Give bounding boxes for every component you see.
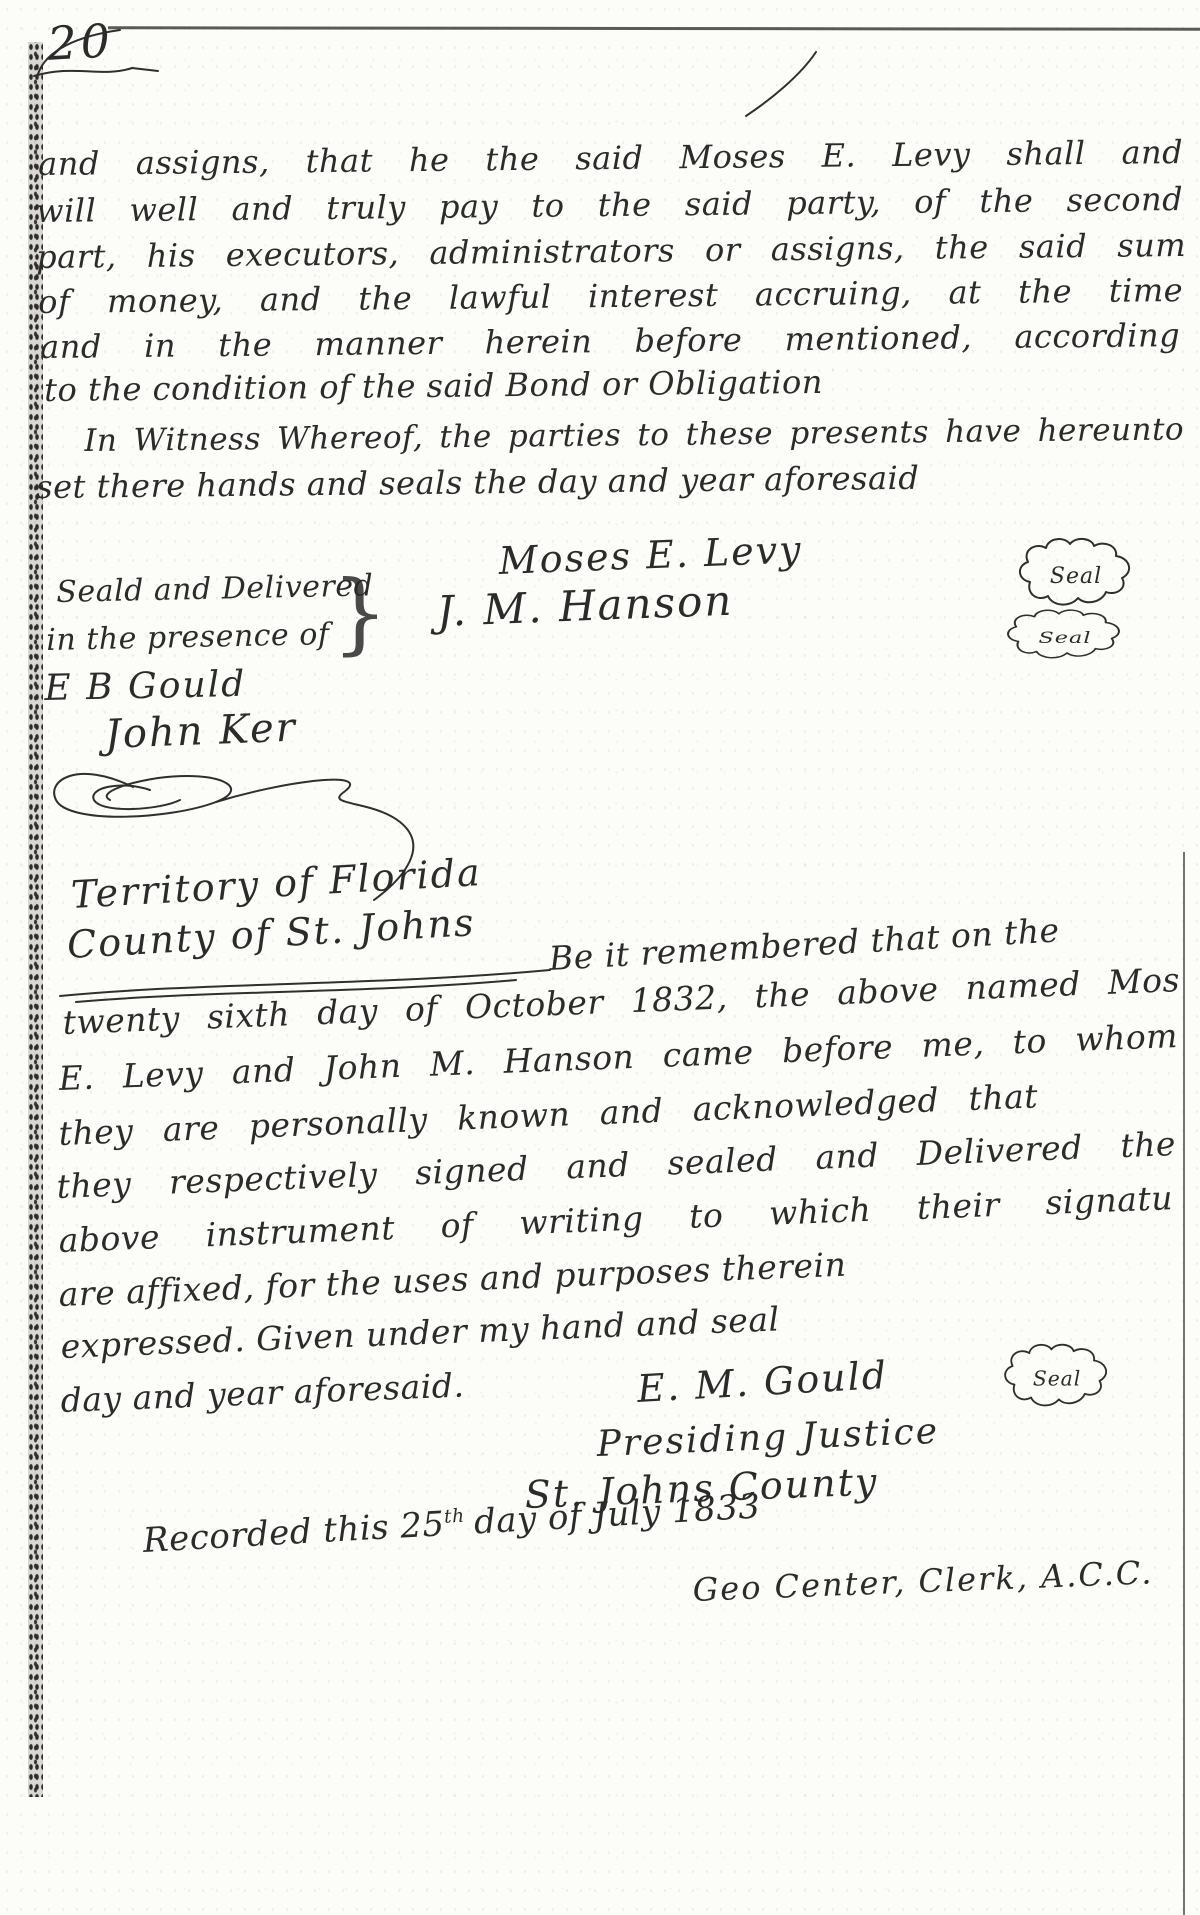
recording-ordinal: th	[444, 1506, 466, 1528]
bond-clause-line: part, his executors, administrators or a…	[36, 227, 1186, 276]
recording-suffix: day of July 1833	[473, 1486, 762, 1542]
bond-clause-line: to the condition of the said Bond or Obl…	[44, 364, 823, 409]
attestation-brace: }	[332, 562, 389, 663]
signature-moses-levy: Moses E. Levy	[498, 528, 803, 583]
svg-text:Seal: Seal	[1033, 1366, 1081, 1390]
acknowledgment-line: day and year aforesaid.	[60, 1366, 465, 1419]
official-title: Presiding Justice	[596, 1411, 940, 1466]
seal-scribble: Seal	[1012, 536, 1140, 616]
bond-clause-line: will well and truly pay to the said part…	[36, 181, 1183, 230]
recording-line: Recorded this 25thday of July 1833	[142, 1487, 762, 1561]
witness-clause-line: In Witness Whereof, the parties to these…	[84, 412, 1184, 459]
seal-scribble: Seal	[1000, 608, 1130, 666]
seal-scribble: Seal	[992, 1342, 1122, 1416]
right-edge-rule	[1183, 852, 1185, 1915]
witness-clause-line: set there hands and seals the day and ye…	[36, 460, 919, 506]
stray-pen-mark	[742, 50, 822, 120]
attestation-line: Seald and Delivered	[56, 569, 374, 610]
official-signature-gould: E. M. Gould	[636, 1354, 889, 1412]
svg-text:Seal: Seal	[1050, 564, 1102, 589]
clerk-signature: Geo Center, Clerk, A.C.C.	[692, 1554, 1154, 1608]
bond-clause-line: of money, and the lawful interest accrui…	[38, 272, 1183, 321]
bond-clause-line: and assigns, that he the said Moses E. L…	[38, 134, 1183, 183]
top-edge-rule	[108, 26, 1200, 31]
acknowledgment-line: expressed. Given under my hand and seal	[60, 1300, 780, 1366]
page-number-underline-flourish	[30, 60, 165, 84]
recording-prefix: Recorded this 25	[142, 1504, 446, 1561]
attestation-line: in the presence of	[46, 618, 330, 658]
witness-signature-gould: E B Gould	[44, 664, 247, 710]
signature-john-hanson: J. M. Hanson	[436, 577, 734, 637]
svg-text:Seal: Seal	[1038, 628, 1091, 647]
scanned-document-page: 20 and assigns, that he the said Moses E…	[0, 0, 1200, 1915]
bond-clause-line: and in the manner herein before mentione…	[40, 317, 1180, 366]
